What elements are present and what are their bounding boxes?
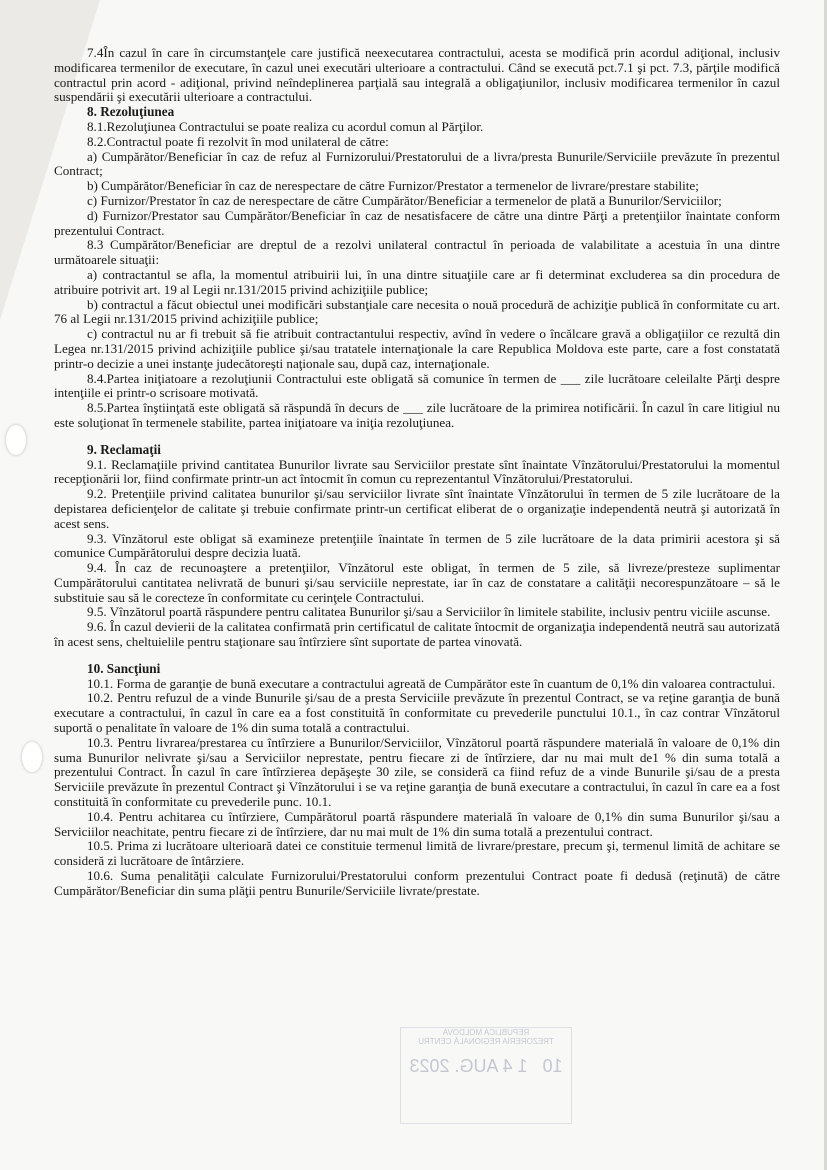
clause-8-2-d: d) Furnizor/Prestator sau Cumpărător/Ben… (54, 209, 780, 239)
clause-8-3: 8.3 Cumpărător/Beneficiar are dreptul de… (54, 238, 780, 268)
document-body: 7.4În cazul în care în circumstanţele ca… (54, 46, 780, 899)
stamp-date-value: 1 4 AUG. 2023 (409, 1056, 527, 1076)
clause-10-3: 10.3. Pentru livrarea/prestarea cu întîr… (54, 736, 780, 810)
stamp-bleed-through: REPUBLICA MOLDOVA TREZORERIA REGIONALĂ C… (400, 1027, 572, 1124)
clause-10-1: 10.1. Forma de garanţie de bună executar… (54, 677, 780, 692)
clause-8-3-c: c) contractul nu ar fi trebuit să fie at… (54, 327, 780, 371)
clause-9-2: 9.2. Pretenţiile privind calitatea bunur… (54, 487, 780, 531)
clause-9-6: 9.6. În cazul devierii de la calitatea c… (54, 620, 780, 650)
stamp-line-2: TREZORERIA REGIONALĂ CENTRU (401, 1037, 571, 1046)
clause-8-1: 8.1.Rezoluţiunea Contractului se poate r… (54, 120, 780, 135)
section-heading-8: 8. Rezoluţiunea (54, 105, 780, 120)
clause-8-2: 8.2.Contractul poate fi rezolvit în mod … (54, 135, 780, 150)
clause-7-4: 7.4În cazul în care în circumstanţele ca… (54, 46, 780, 105)
clause-10-2: 10.2. Pentru refuzul de a vinde Bunurile… (54, 691, 780, 735)
clause-8-3-b: b) contractul a făcut obiectul unei modi… (54, 298, 780, 328)
punch-hole-icon (22, 742, 42, 772)
clause-8-2-a: a) Cumpărător/Beneficiar în caz de refuz… (54, 150, 780, 180)
stamp-line-1: REPUBLICA MOLDOVA (401, 1028, 571, 1037)
clause-10-6: 10.6. Suma penalităţii calculate Furnizo… (54, 869, 780, 899)
clause-9-4: 9.4. În caz de recunoaştere a pretenţiil… (54, 561, 780, 605)
section-heading-10: 10. Sancţiuni (54, 662, 780, 677)
clause-8-2-c: c) Furnizor/Prestator în caz de nerespec… (54, 194, 780, 209)
clause-9-5: 9.5. Vînzătorul poartă răspundere pentru… (54, 605, 780, 620)
scanned-page: 7.4În cazul în care în circumstanţele ca… (0, 0, 827, 1170)
clause-8-4: 8.4.Partea iniţiatoare a rezoluţiunii Co… (54, 372, 780, 402)
stamp-number: 10 (543, 1056, 563, 1076)
clause-8-2-b: b) Cumpărător/Beneficiar în caz de neres… (54, 179, 780, 194)
clause-8-3-a: a) contractantul se afla, la momentul at… (54, 268, 780, 298)
clause-9-1: 9.1. Reclamaţiile privind cantitatea Bun… (54, 458, 780, 488)
clause-8-5: 8.5.Partea înştiinţată este obligată să … (54, 401, 780, 431)
clause-10-4: 10.4. Pentru achitarea cu întîrziere, Cu… (54, 810, 780, 840)
section-heading-9: 9. Reclamaţii (54, 443, 780, 458)
punch-hole-icon (6, 425, 26, 455)
clause-9-3: 9.3. Vînzătorul este obligat să examinez… (54, 532, 780, 562)
stamp-date: 10 1 4 AUG. 2023 (401, 1056, 571, 1077)
clause-10-5: 10.5. Prima zi lucrătoare ulterioară dat… (54, 839, 780, 869)
